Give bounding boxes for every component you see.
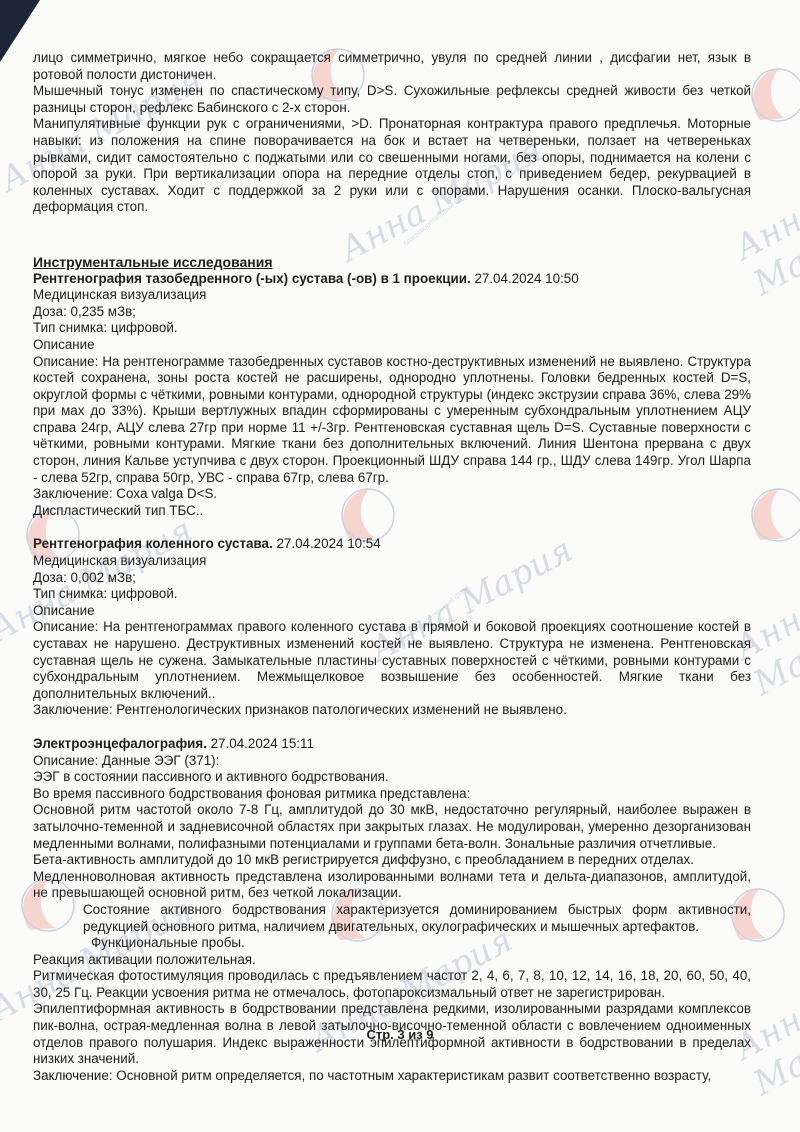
hip-xray-title: Рентгенография тазобедренного (-ых) суст… (33, 271, 471, 286)
hip-xray-conclusion: Заключение: Coxa valga D<S. (33, 486, 751, 503)
eeg-line: Во время пассивного бодрствования фонова… (33, 786, 751, 803)
eeg-conclusion: Заключение: Основной ритм определяется, … (33, 1068, 751, 1085)
knee-xray-conclusion: Заключение: Рентгенологических признаков… (33, 702, 751, 719)
hip-xray-image-type: Тип снимка: цифровой. (33, 320, 751, 337)
eeg-line: Описание: Данные ЭЭГ (371): (33, 753, 751, 770)
eeg-datetime: 27.04.2024 15:11 (211, 736, 314, 751)
hip-xray-category: Медицинская визуализация (33, 287, 751, 304)
hip-xray-datetime: 27.04.2024 10:50 (474, 271, 578, 286)
knee-xray-description-label: Описание (33, 603, 751, 620)
knee-xray-datetime: 27.04.2024 10:54 (276, 536, 380, 551)
eeg-paragraph: Ритмическая фотостимуляция проводилась с… (33, 968, 751, 1001)
motor-skills-paragraph: Манипулятивные функции рук с ограничения… (33, 116, 751, 216)
hip-xray-dose: Доза: 0,235 мЗв; (33, 304, 751, 321)
eeg-subheading: Функциональные пробы. (33, 935, 751, 952)
knee-xray-description: Описание: На рентгенограммах правого кол… (33, 619, 751, 702)
hip-xray-conclusion-2: Диспластический тип ТБС.. (33, 503, 751, 520)
muscle-tone-paragraph: Мышечный тонус изменен по спастическому … (33, 83, 751, 116)
knee-xray-dose: Доза: 0,002 мЗв; (33, 570, 751, 587)
eeg-title: Электроэнцефалография. (33, 736, 207, 751)
eeg-paragraph: Медленноволновая активность представлена… (33, 869, 751, 902)
knee-xray-category: Медицинская визуализация (33, 553, 751, 570)
eeg-line: Бета-активность амплитудой до 10 мкВ рег… (33, 852, 751, 869)
hip-xray-description: Описание: На рентгенограмме тазобедренны… (33, 354, 751, 487)
eeg-paragraph: Основной ритм частотой около 7-8 Гц, амп… (33, 802, 751, 852)
eeg-line: ЭЭГ в состоянии пассивного и активного б… (33, 769, 751, 786)
eeg-paragraph: Состояние активного бодрствования характ… (33, 902, 751, 935)
neuro-status-paragraph: лицо симметрично, мягкое небо сокращаетс… (33, 50, 751, 83)
knee-xray-title: Рентгенография коленного сустава. (33, 536, 273, 551)
eeg-line: Реакция активации положительная. (33, 952, 751, 969)
knee-xray-block: Рентгенография коленного сустава. 27.04.… (33, 536, 751, 719)
page-number: Стр. 3 из 9 (0, 1027, 800, 1042)
document-page: лицо симметрично, мягкое небо сокращаетс… (33, 50, 751, 1084)
hip-xray-block: Рентгенография тазобедренного (-ых) суст… (33, 271, 751, 520)
section-title-instrumental: Инструментальные исследования (33, 254, 751, 271)
hip-xray-description-label: Описание (33, 337, 751, 354)
knee-xray-image-type: Тип снимка: цифровой. (33, 586, 751, 603)
